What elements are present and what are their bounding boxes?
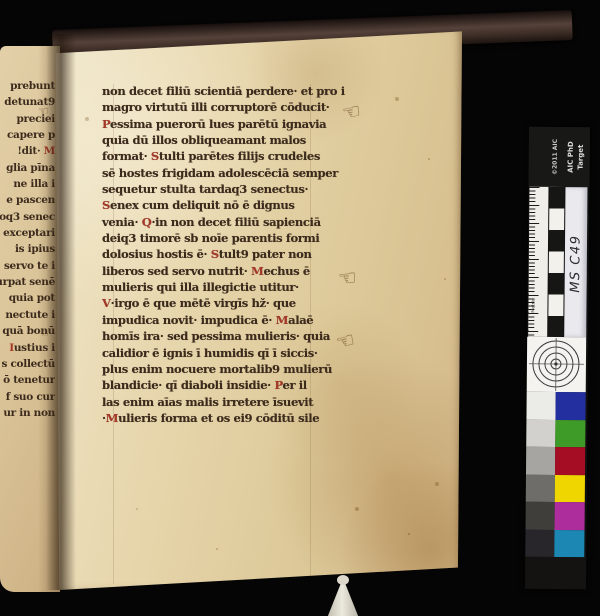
book-support-cone-tip — [337, 575, 349, 585]
grayscale-patch — [526, 502, 555, 530]
manicule-icon: ☜ — [340, 99, 363, 126]
focus-target-circles — [527, 337, 586, 393]
manuscript-line: format· Stulti parētes filijs crudeles — [102, 148, 362, 164]
shelfmark-strip: MS C49 — [564, 187, 587, 337]
manuscript-line: sē hostes frigidam adolescēciā semper — [102, 165, 362, 181]
color-patch — [555, 502, 585, 530]
target-title: AIC PhD Target — [566, 128, 577, 186]
manuscript-line: impudica novit· impudica ē· Malaē — [102, 312, 362, 328]
manuscript-line: quia dū illos obliqueamant malos — [102, 132, 362, 148]
target-header: AIC PhD Target ©2011 AIC — [528, 127, 590, 188]
target-ruler-section: Metric MS C49 — [527, 187, 589, 338]
manuscript-line: blandicie· qī diaboli insidie· Per il — [102, 377, 362, 393]
manuscript-line: deiq3 timorē sb noīe parentis formi — [102, 230, 362, 246]
grayscale-patch — [526, 474, 555, 502]
color-calibration-target: AIC PhD Target ©2011 AIC Metric MS C49 — [525, 127, 590, 590]
grayscale-patch — [526, 447, 555, 475]
manuscript-line: venia· Q·in non decet filiū sapienciā — [102, 214, 362, 230]
manuscript-line: calidior ē ignis ī humidis qī ī siccis· — [102, 345, 362, 361]
manuscript-line: mulieris qui illa illegictie utitur· — [102, 279, 362, 295]
color-patch — [555, 419, 585, 447]
patch-row — [526, 502, 585, 530]
manuscript-line: plus enim nocuere mortalib9 mulierū — [102, 361, 362, 377]
manicule-icon: ☜ — [337, 265, 357, 290]
left-page: prebuntdetunat9precieicapere pdit· M!gli… — [0, 46, 60, 592]
manuscript-line: homīs ira· sed pessima mulieris· quia — [102, 328, 362, 344]
grayscale-patch — [525, 529, 554, 557]
manuscript-line: Pessima puerorū lues parētū ignavia — [102, 116, 362, 132]
color-patch — [554, 529, 584, 557]
manuscript-line: liberos sed servo nutrit· Mechus ē — [102, 263, 362, 279]
manuscript-line: V·irgo ē que mētē virgīs hž· que — [102, 295, 362, 311]
ruler-label: Metric — [531, 289, 536, 313]
patch-grid — [525, 392, 585, 558]
patch-row — [525, 529, 584, 557]
color-patch — [555, 447, 585, 475]
right-page: non decet filiū scientiā perdere· et pro… — [56, 28, 462, 590]
patch-row — [526, 392, 585, 420]
shelfmark-handwritten: MS C49 — [568, 227, 584, 301]
metric-ruler: Metric — [528, 187, 548, 337]
digitized-manuscript-photo: prebuntdetunat9precieicapere pdit· M!gli… — [0, 0, 600, 616]
concentric-circles-icon — [527, 337, 586, 393]
manuscript-line: ·Mulieris forma et os ei9 cōditū sile — [102, 410, 362, 426]
patch-row — [526, 474, 585, 502]
color-patch — [555, 474, 585, 502]
patch-row — [526, 447, 585, 475]
recto-text-block: non decet filiū scientiā perdere· et pro… — [102, 83, 362, 426]
patch-row — [526, 419, 585, 447]
manuscript-line: las enim aīas malis irretere īsuevit — [102, 394, 362, 410]
target-copyright: ©2011 AIC — [551, 128, 562, 186]
grayscale-patch — [526, 419, 555, 447]
target-tail — [525, 557, 586, 590]
manuscript-line: Senex cum deliquit nō ē dignus — [102, 197, 362, 213]
manuscript-line: magro virtutū illi corruptorē cōducit· — [102, 99, 362, 115]
color-patch — [555, 392, 585, 420]
manuscript-line: dolosius hostis ē· Stult9 pater non — [102, 246, 362, 262]
manuscript-line: sequetur stulta tardaq3 senectus· — [102, 181, 362, 197]
grayscale-patch — [526, 392, 555, 420]
checkerboard-scale — [548, 187, 564, 337]
manuscript-line: non decet filiū scientiā perdere· et pro… — [102, 83, 362, 99]
